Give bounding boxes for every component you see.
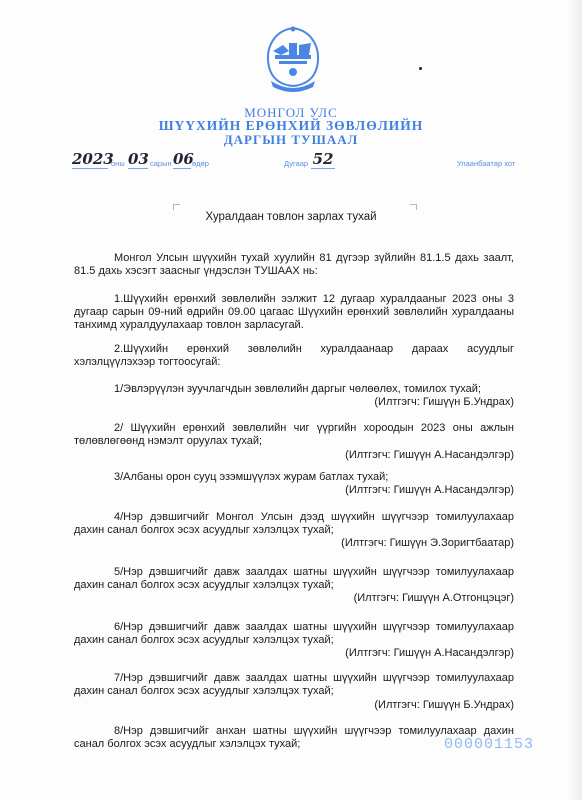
title-bracket-right [410,204,417,210]
agenda-speaker-2: (Илтгэгч: Гишүүн А.Насандэлгэр) [345,449,514,461]
agenda-item-3: 3/Албаны орон сууц эзэмшүүлэх журам батл… [74,471,514,484]
agenda-speaker-7: (Илтгэгч: Гишүүн Б.Ундрах) [374,699,514,711]
mongolia-state-emblem-icon [259,25,327,97]
agenda-speaker-3: (Илтгэгч: Гишүүн А.Насандэлгэр) [345,484,514,496]
agenda-item-6: 6/Нэр дэвшигчийг давж заалдах шатны шүүх… [74,621,514,647]
preamble: Монгол Улсын шүүхийн тухай хуулийн 81 дү… [74,252,514,278]
order-number: 52 [311,150,335,169]
agenda-item-2: 2/ Шүүхийн ерөнхий зөвлөлийн чиг үүргийн… [74,422,514,448]
agenda-item-5: 5/Нэр дэвшигчийг давж заалдах шатны шүүх… [74,566,514,592]
header-council: ШҮҮХИЙН ЕРӨНХИЙ ЗӨВЛӨЛИЙН [0,119,582,132]
date-year: 2023 [72,150,108,169]
serial-number-stamp: 000001153 [444,736,534,753]
title-bracket-left [173,204,180,210]
scan-speck [419,67,422,70]
header-order-type: ДАРГЫН ТУШААЛ [0,133,582,146]
agenda-item-4: 4/Нэр дэвшигчийг Монгол Улсын дээд шүүхи… [74,511,514,537]
date-day: 06 [173,150,191,169]
number-label: Дугаар [284,159,308,168]
month-label: сарын [150,159,172,168]
agenda-speaker-6: (Илтгэгч: Гишүүн А.Насандэлгэр) [345,647,514,659]
agenda-item-7: 7/Нэр дэвшигчийг давж заалдах шатны шүүх… [74,672,514,698]
day-label: өдөр [192,159,209,168]
agenda-speaker-1: (Илтгэгч: Гишүүн Б.Ундрах) [374,396,514,408]
document-title: Хуралдаан товлон зарлах тухай [0,211,582,223]
date-month: 03 [128,150,148,169]
paragraph-2: 2.Шүүхийн ерөнхий зөвлөлийн хуралдаанаар… [74,343,514,369]
date-line: 2023 оны 03 сарын 06 өдөр Дугаар 52 Улаа… [0,150,582,172]
agenda-item-1: 1/Эвлэрүүлэн зуучлагчдын зөвлөлийн даргы… [74,383,514,396]
paragraph-1: 1.Шүүхийн ерөнхий зөвлөлийн ээлжит 12 ду… [74,293,514,332]
city-label: Улаанбаатар хот [457,159,515,168]
agenda-speaker-4: (Илтгэгч: Гишүүн Э.Зоригтбаатар) [341,537,514,549]
agenda-speaker-5: (Илтгэгч: Гишүүн А.Отгонцэцэг) [354,592,514,604]
year-label: оны [111,159,125,168]
